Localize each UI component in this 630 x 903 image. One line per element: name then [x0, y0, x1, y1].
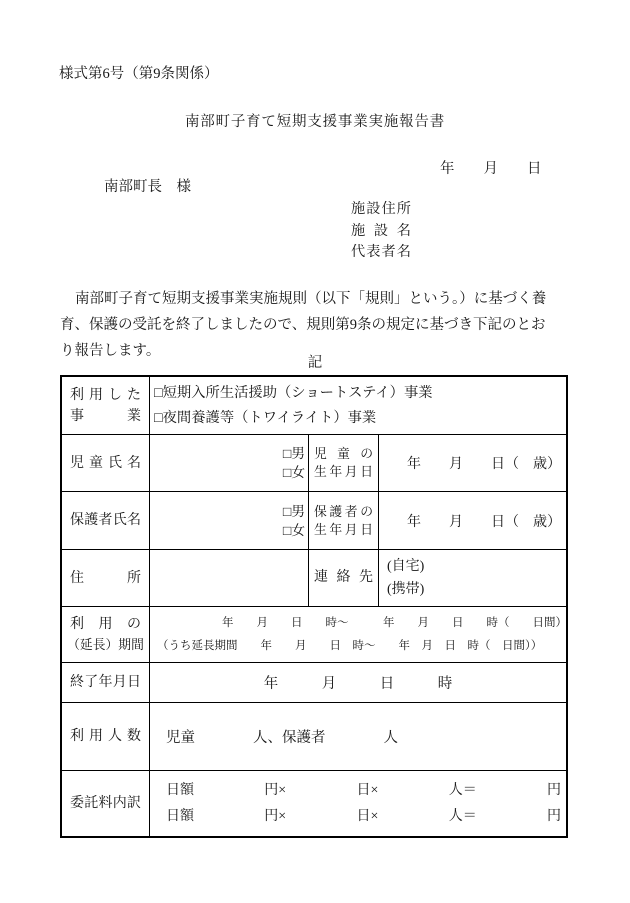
guardian-birthdate-field: 年 月 日（ 歳）	[379, 492, 566, 549]
row-label-user-count: 利用人数	[62, 703, 150, 770]
table-row-child-name: 児童氏名 □男 □女 児童の 生年月日 年 月 日（ 歳）	[62, 435, 566, 492]
report-date-line: 年 月 日	[440, 157, 542, 178]
service-options-cell: □短期入所生活援助（ショートステイ）事業 □夜間養護等（トワイライト）事業	[150, 377, 566, 434]
table-row-address: 住所 連絡先 (自宅) (携帯)	[62, 550, 566, 607]
twilight-option-checkbox[interactable]: □夜間養護等（トワイライト）事業	[150, 406, 566, 431]
fee-line: 日額 円× 日× 人＝ 円	[150, 778, 566, 804]
male-checkbox[interactable]: □男	[283, 502, 305, 521]
fee-breakdown-field: 日額 円× 日× 人＝ 円 日額 円× 日× 人＝ 円	[150, 771, 566, 836]
table-row-service: 利用した 事業 □短期入所生活援助（ショートステイ）事業 □夜間養護等（トワイラ…	[62, 377, 566, 435]
row-label-line: 利用した	[70, 385, 141, 406]
document-page: 様式第6号（第9条関係） 南部町子育て短期支援事業実施報告書 年 月 日 南部町…	[0, 0, 630, 903]
paragraph-line: 南部町子育て短期支援事業実施規則（以下「規則」という。）に基づく養	[60, 286, 572, 312]
male-checkbox[interactable]: □男	[283, 444, 305, 463]
fee-persons-equals: 人＝	[449, 778, 477, 804]
mid-label-line: 生年月日	[314, 521, 373, 539]
page-title: 南部町子育て短期支援事業実施報告書	[0, 110, 630, 131]
sender-representative-label: 代表者名	[351, 242, 411, 264]
female-checkbox[interactable]: □女	[283, 463, 305, 482]
contact-mobile-label: (携帯)	[387, 578, 566, 601]
sender-address-label: 施設住所	[351, 199, 411, 221]
table-row-fee-breakdown: 委託料内訳 日額 円× 日× 人＝ 円 日額 円× 日× 人＝ 円	[62, 771, 566, 836]
mid-label-line: 保護者の	[314, 503, 373, 521]
child-birthdate-label: 児童の 生年月日	[309, 435, 379, 491]
record-marker: 記	[0, 351, 630, 372]
fee-days-times: 日×	[357, 804, 379, 830]
period-field: 年 月 日 時～ 年 月 日 時（ 日間） （うち延長期間 年 月 日 時～ 年…	[150, 607, 566, 662]
row-label-line: 終了年月日	[70, 672, 141, 693]
fee-persons-equals: 人＝	[449, 804, 477, 830]
contact-label: 連絡先	[309, 550, 379, 606]
shortstay-option-checkbox[interactable]: □短期入所生活援助（ショートステイ）事業	[150, 381, 566, 406]
fee-daily-label: 日額	[166, 778, 194, 804]
fee-total-yen: 円	[547, 804, 561, 830]
row-label-end-date: 終了年月日	[62, 663, 150, 702]
fee-days-times: 日×	[357, 778, 379, 804]
row-label-line: 住所	[70, 568, 141, 589]
sender-block: 施設住所 施設名 代表者名	[351, 199, 411, 264]
fee-yen-times: 円×	[264, 804, 286, 830]
end-date-field: 年 月 日 時	[150, 663, 566, 702]
row-label-address: 住所	[62, 550, 150, 606]
guardian-name-field: □男 □女	[150, 492, 309, 549]
extension-period-line: （うち延長期間 年 月 日 時～ 年 月 日 時（ 日間））	[150, 635, 566, 658]
child-name-field: □男 □女	[150, 435, 309, 491]
row-label-period: 利用の （延長）期間	[62, 607, 150, 662]
fee-total-yen: 円	[547, 778, 561, 804]
form-number: 様式第6号（第9条関係）	[59, 62, 219, 83]
row-label-line: 児童氏名	[70, 453, 141, 474]
paragraph-line: 育、保護の受託を終了しましたので、規則第9条の規定に基づき下記のとお	[60, 312, 572, 338]
table-row-end-date: 終了年月日 年 月 日 時	[62, 663, 566, 703]
addressee: 南部町長 様	[104, 175, 191, 196]
fee-yen-times: 円×	[264, 778, 286, 804]
row-label-line: 委託料内訳	[70, 793, 141, 814]
table-row-user-count: 利用人数 児童 人、保護者 人	[62, 703, 566, 771]
row-label-child-name: 児童氏名	[62, 435, 150, 491]
row-label-service: 利用した 事業	[62, 377, 150, 434]
row-label-line: 事業	[70, 406, 141, 427]
end-date-line: 年 月 日 時	[150, 672, 566, 693]
table-row-guardian-name: 保護者氏名 □男 □女 保護者の 生年月日 年 月 日（ 歳）	[62, 492, 566, 550]
child-birthdate-field: 年 月 日（ 歳）	[379, 435, 566, 491]
user-count-line: 児童 人、保護者 人	[150, 726, 566, 747]
user-count-field: 児童 人、保護者 人	[150, 703, 566, 770]
mid-label-line: 連絡先	[314, 569, 373, 587]
mid-label-line: 児童の	[314, 445, 373, 463]
report-table: 利用した 事業 □短期入所生活援助（ショートステイ）事業 □夜間養護等（トワイラ…	[60, 375, 568, 838]
row-label-guardian-name: 保護者氏名	[62, 492, 150, 549]
row-label-line: 利用の	[70, 614, 141, 635]
row-label-line: （延長）期間	[64, 635, 147, 656]
address-field	[150, 550, 309, 606]
row-label-fee-breakdown: 委託料内訳	[62, 771, 150, 836]
contact-home-label: (自宅)	[387, 555, 566, 578]
sender-facility-label: 施設名	[351, 221, 411, 243]
fee-line: 日額 円× 日× 人＝ 円	[150, 804, 566, 830]
table-row-period: 利用の （延長）期間 年 月 日 時～ 年 月 日 時（ 日間） （うち延長期間…	[62, 607, 566, 663]
contact-field: (自宅) (携帯)	[379, 550, 566, 606]
row-label-line: 利用人数	[70, 726, 141, 747]
period-line: 年 月 日 時～ 年 月 日 時（ 日間）	[150, 612, 566, 635]
female-checkbox[interactable]: □女	[283, 521, 305, 540]
mid-label-line: 生年月日	[314, 463, 373, 481]
row-label-line: 保護者氏名	[70, 510, 141, 531]
fee-daily-label: 日額	[166, 804, 194, 830]
guardian-birthdate-label: 保護者の 生年月日	[309, 492, 379, 549]
